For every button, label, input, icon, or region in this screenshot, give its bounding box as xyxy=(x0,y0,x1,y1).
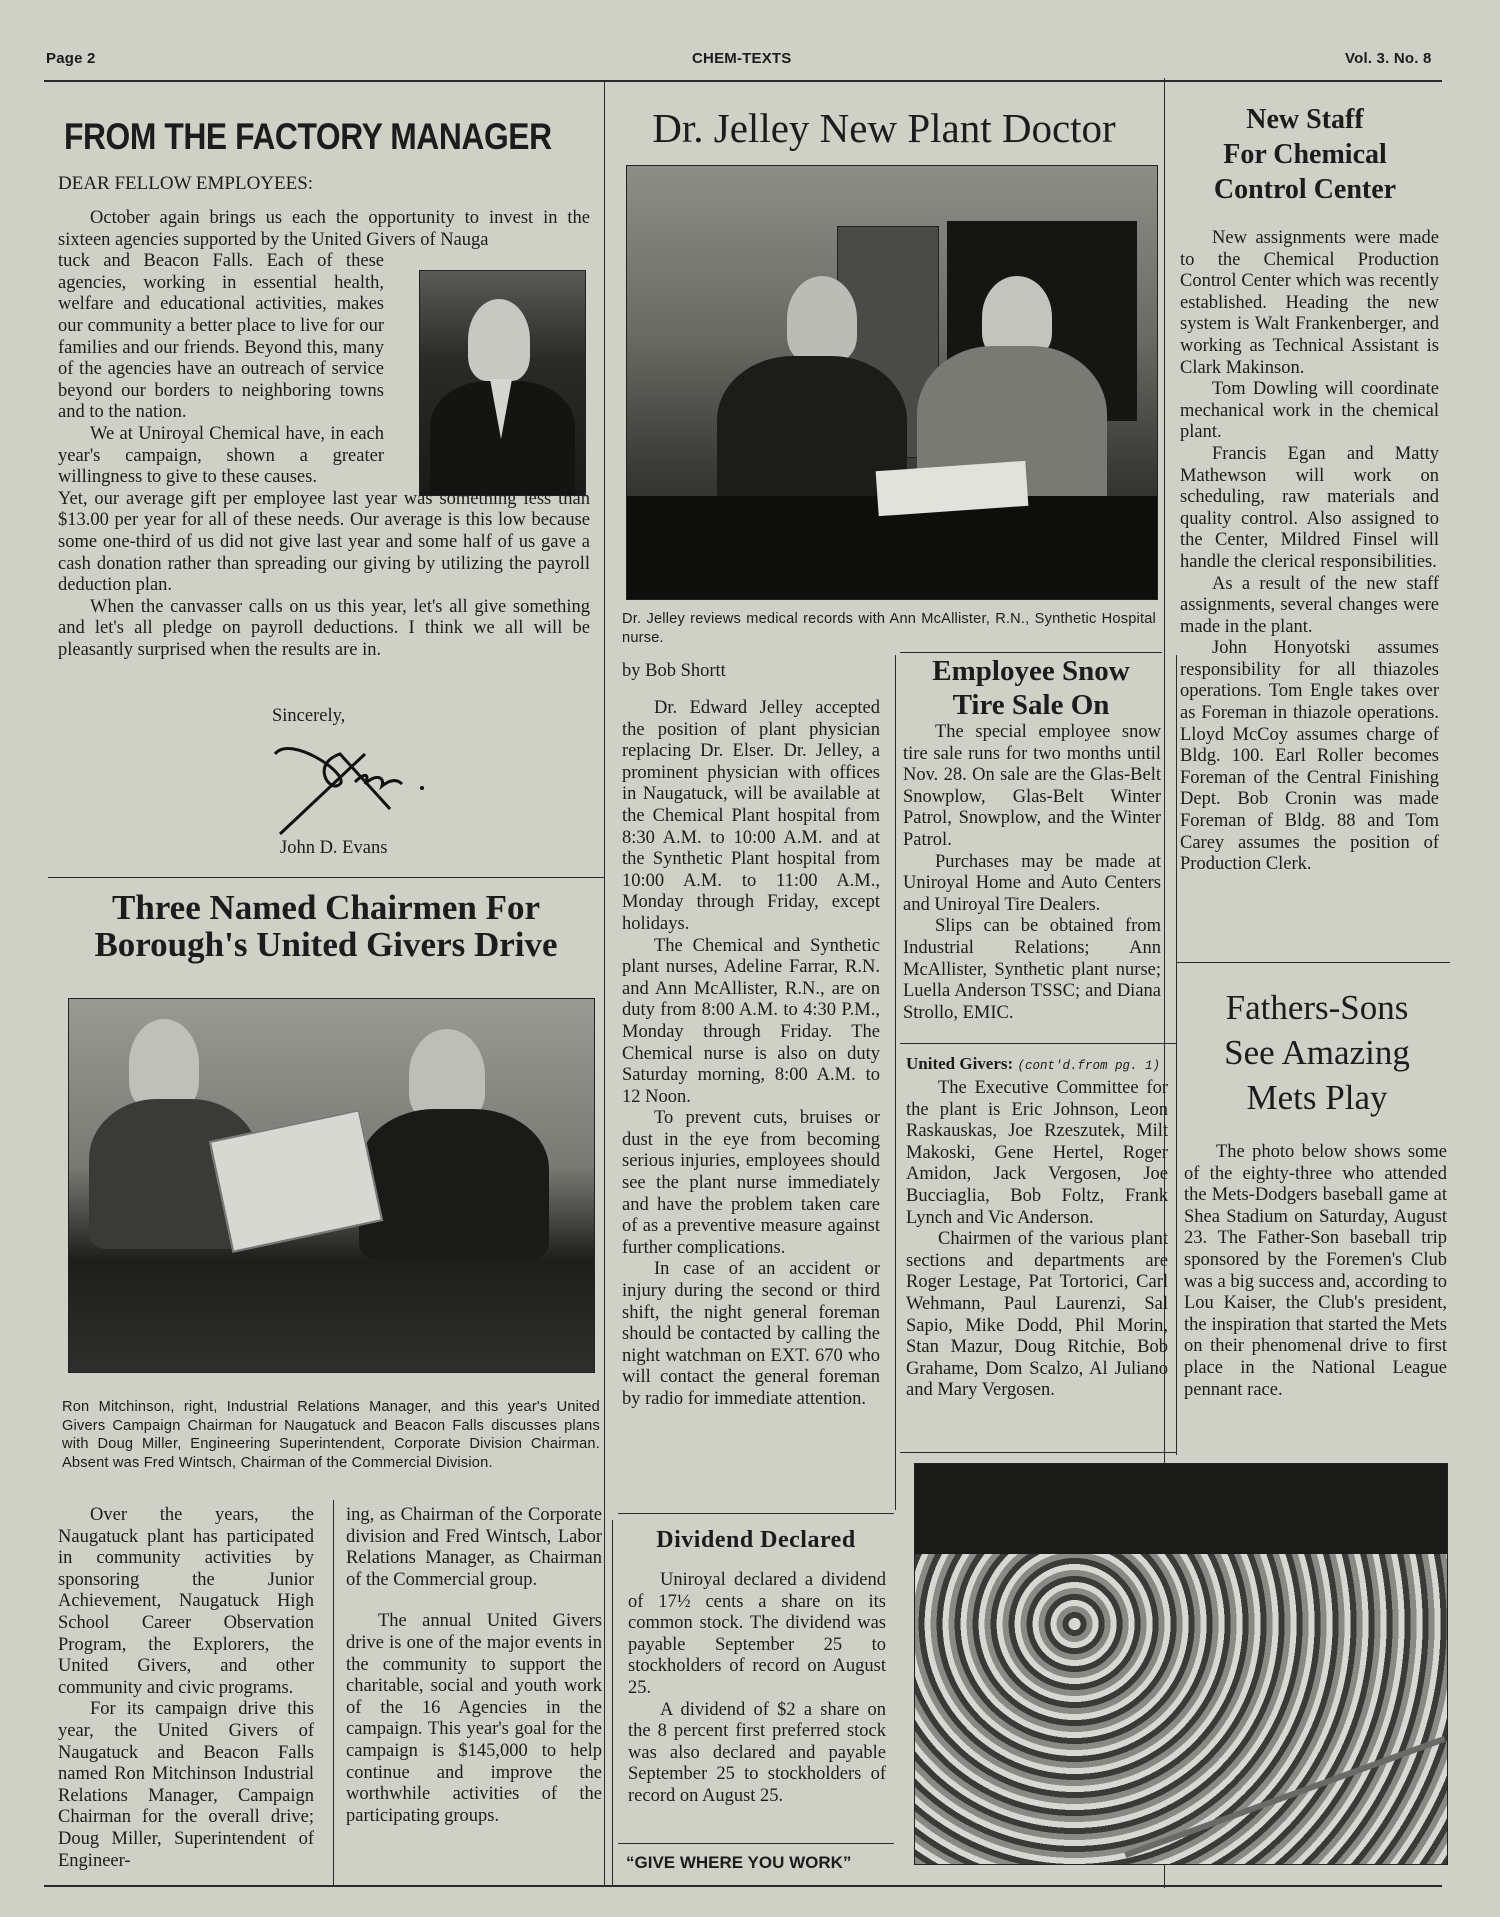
photo-caption: Ron Mitchinson, right, Industrial Relati… xyxy=(62,1398,600,1472)
person-left-face xyxy=(129,1019,199,1109)
paragraph: Over the years, the Naugatuck plant has … xyxy=(58,1505,314,1699)
headline-line: Control Center xyxy=(1172,172,1438,207)
paragraph-continued: Yet, our average gift per employee last … xyxy=(58,489,590,597)
paragraph: In case of an accident or injury during … xyxy=(622,1259,880,1410)
signature-name: John D. Evans xyxy=(280,838,387,860)
paragraph: ing, as Chairman of the Corporate divisi… xyxy=(346,1505,602,1591)
column-divider xyxy=(604,80,605,1885)
paragraph: To prevent cuts, bruises or dust in the … xyxy=(622,1108,880,1259)
paragraph: Tom Dowling will coordinate mechanical w… xyxy=(1180,379,1439,444)
headline: New Staff For Chemical Control Center xyxy=(1172,102,1438,207)
continued-from-link[interactable]: (cont'd.from pg. 1) xyxy=(1017,1059,1160,1073)
letter-body-2: We at Uniroyal Chemical have, in each ye… xyxy=(58,424,590,662)
section-rule xyxy=(900,1043,1176,1044)
label: United Givers: xyxy=(906,1054,1013,1073)
paragraph: The special employee snow tire sale runs… xyxy=(903,722,1161,852)
paragraph: Francis Egan and Matty Mathewson will wo… xyxy=(1180,444,1439,574)
paragraph: The photo below shows some of the eighty… xyxy=(1184,1142,1447,1401)
paragraph: A dividend of $2 a share on the 8 percen… xyxy=(628,1700,886,1808)
article-body: The photo below shows some of the eighty… xyxy=(1184,1142,1447,1401)
stadium-crowd-photo xyxy=(914,1463,1448,1865)
paragraph: The Chemical and Synthetic plant nurses,… xyxy=(622,936,880,1109)
section-rule xyxy=(1176,962,1450,963)
paragraph-continued: tuck and Beacon Falls. Each of these age… xyxy=(58,251,384,424)
paragraph: John Honyotski assumes responsibility fo… xyxy=(1180,638,1439,876)
article-body: The Executive Committee for the plant is… xyxy=(906,1078,1168,1402)
article-body: Uniroyal declared a dividend of 17½ cent… xyxy=(628,1570,886,1808)
paragraph: Slips can be obtained from Industrial Re… xyxy=(903,916,1161,1024)
paragraph: When the canvasser calls on us this year… xyxy=(58,597,590,662)
headline: FROM THE FACTORY MANAGER xyxy=(64,116,552,158)
stadium-roof xyxy=(915,1464,1447,1554)
paragraph: October again brings us each the opportu… xyxy=(58,208,590,251)
headline-line: Borough's United Givers Drive xyxy=(48,927,604,964)
photo-caption: Dr. Jelley reviews medical records with … xyxy=(622,610,1156,647)
paragraph: Dr. Edward Jelley accepted the position … xyxy=(622,698,880,936)
headline: Dr. Jelley New Plant Doctor xyxy=(614,104,1154,152)
paragraph: The Executive Committee for the plant is… xyxy=(906,1078,1168,1229)
headline-line: Mets Play xyxy=(1176,1075,1458,1120)
section-rule xyxy=(900,652,1162,653)
paragraph: New assignments were made to the Chemica… xyxy=(1180,228,1439,379)
chairmen-photo xyxy=(68,998,595,1373)
paragraph: Purchases may be made at Uniroyal Home a… xyxy=(903,852,1161,917)
headline-line: See Amazing xyxy=(1176,1030,1458,1075)
header-rule xyxy=(44,80,1442,82)
paragraph: Chairmen of the various plant sections a… xyxy=(906,1229,1168,1402)
article-body: New assignments were made to the Chemica… xyxy=(1180,228,1439,876)
slogan: “GIVE WHERE YOU WORK” xyxy=(626,1853,851,1873)
publication-title: CHEM-TEXTS xyxy=(692,50,792,67)
headline-line: Three Named Chairmen For xyxy=(48,890,604,927)
headline: Fathers-Sons See Amazing Mets Play xyxy=(1176,985,1458,1120)
section-rule xyxy=(48,877,604,878)
paragraph: The annual United Givers drive is one of… xyxy=(346,1611,602,1827)
byline: by Bob Shortt xyxy=(622,661,726,683)
paragraph: We at Uniroyal Chemical have, in each ye… xyxy=(58,424,384,489)
headline: Three Named Chairmen For Borough's Unite… xyxy=(48,890,604,964)
article-body: The special employee snow tire sale runs… xyxy=(903,722,1161,1024)
closing: Sincerely, xyxy=(272,706,345,728)
signature-icon xyxy=(270,734,440,844)
footer-rule xyxy=(44,1885,1442,1887)
paragraph: For its campaign drive this year, the Un… xyxy=(58,1699,314,1872)
headline-line: For Chemical xyxy=(1172,137,1438,172)
section-rule xyxy=(900,1452,1176,1453)
letter-body: October again brings us each the opportu… xyxy=(58,208,590,424)
headline-line: New Staff xyxy=(1172,102,1438,137)
volume-number: Vol. 3. No. 8 xyxy=(1345,50,1432,67)
paragraph: As a result of the new staff assignments… xyxy=(1180,574,1439,639)
column-divider xyxy=(333,1500,334,1885)
salutation: DEAR FELLOW EMPLOYEES: xyxy=(58,173,313,195)
article-column-1: Over the years, the Naugatuck plant has … xyxy=(58,1505,314,1872)
section-rule xyxy=(618,1843,894,1844)
article-body: Dr. Edward Jelley accepted the position … xyxy=(622,698,880,1411)
paragraph: Uniroyal declared a dividend of 17½ cent… xyxy=(628,1570,886,1700)
continued-header: United Givers: (cont'd.from pg. 1) xyxy=(906,1054,1160,1074)
headline: Dividend Declared xyxy=(618,1528,894,1553)
doctor-face xyxy=(787,276,857,362)
article-column-2: ing, as Chairman of the Corporate divisi… xyxy=(346,1505,602,1827)
railing xyxy=(1124,1736,1446,1858)
person-right-body xyxy=(359,1109,549,1259)
page-number: Page 2 xyxy=(46,50,96,67)
headline: Employee Snow Tire Sale On xyxy=(900,654,1162,722)
headline-line: Employee Snow xyxy=(900,654,1162,688)
box-border xyxy=(612,1520,613,1885)
jelley-photo xyxy=(626,165,1158,600)
headline-line: Fathers-Sons xyxy=(1176,985,1458,1030)
column-divider xyxy=(895,655,896,1510)
person-right-face xyxy=(409,1029,485,1121)
headline-line: Tire Sale On xyxy=(900,688,1162,722)
section-rule xyxy=(618,1513,894,1514)
